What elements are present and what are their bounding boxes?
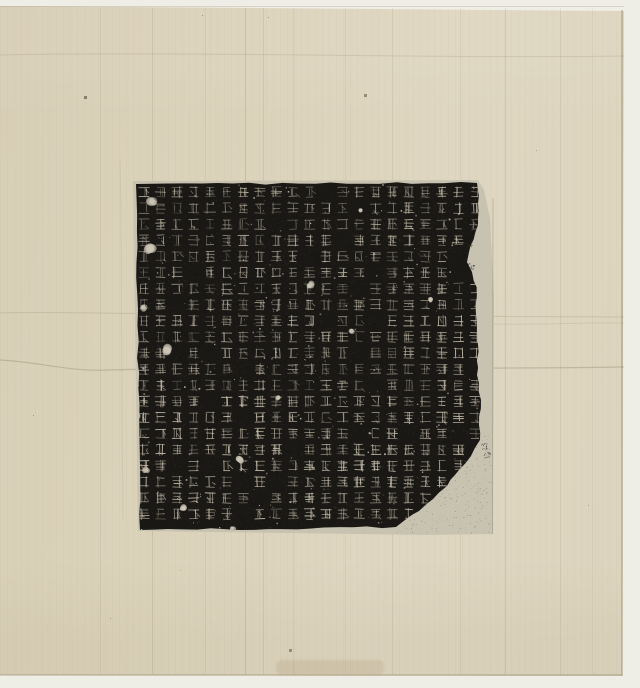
fly-specks [0, 0, 1, 1]
paper-edge-shadow-top [0, 6, 624, 7]
paper-texture [0, 0, 640, 688]
rubbing-scan [0, 0, 640, 688]
paper-edge-shadow-right [621, 10, 623, 676]
paper-stain [276, 660, 384, 675]
